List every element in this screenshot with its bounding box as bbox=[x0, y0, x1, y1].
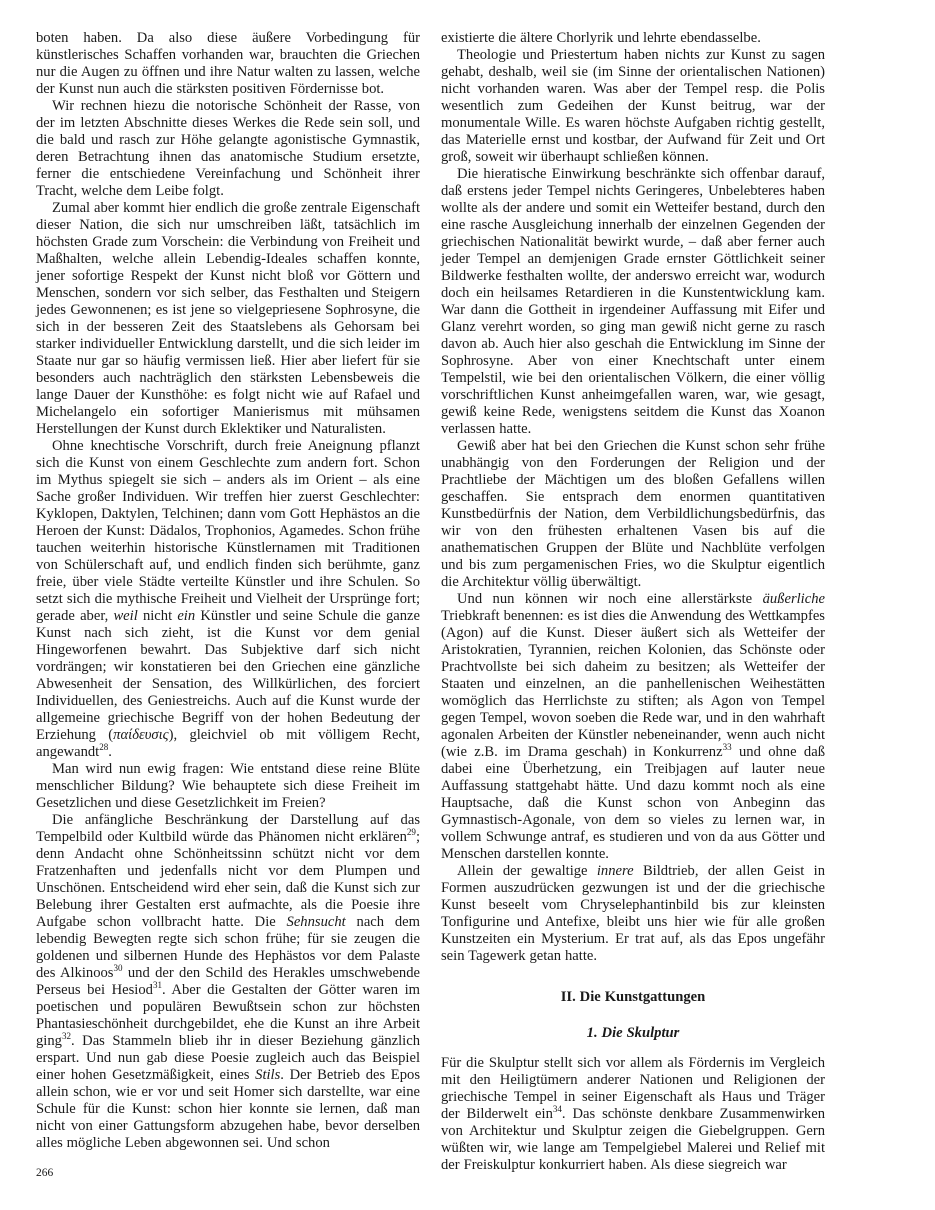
text-column-right: existierte die ältere Chorlyrik und lehr… bbox=[441, 30, 825, 1174]
footnote-reference: 34 bbox=[553, 1104, 562, 1114]
emphasized-text: Sehnsucht bbox=[287, 914, 346, 930]
paragraph: Ohne knechtische Vorschrift, durch freie… bbox=[36, 438, 420, 761]
paragraph: Gewiß aber hat bei den Griechen die Kuns… bbox=[441, 438, 825, 591]
paragraph: Allein der gewaltige innere Bildtrieb, d… bbox=[441, 863, 825, 965]
footnote-reference: 28 bbox=[99, 742, 108, 752]
paragraph: boten haben. Da also diese äußere Vorbed… bbox=[36, 30, 420, 98]
book-page: boten haben. Da also diese äußere Vorbed… bbox=[0, 0, 935, 1210]
emphasized-text: innere bbox=[597, 863, 634, 879]
subsection-heading: 1. Die Skulptur bbox=[441, 1025, 825, 1042]
text-column-left: boten haben. Da also diese äußere Vorbed… bbox=[36, 30, 420, 1152]
emphasized-text: Stils bbox=[255, 1067, 280, 1083]
page-number: 266 bbox=[36, 1166, 53, 1180]
paragraph: Die hieratische Einwirkung beschränkte s… bbox=[441, 166, 825, 438]
footnote-reference: 32 bbox=[62, 1031, 71, 1041]
paragraph: existierte die ältere Chorlyrik und lehr… bbox=[441, 30, 825, 47]
paragraph: Man wird nun ewig fragen: Wie entstand d… bbox=[36, 761, 420, 812]
paragraph: Wir rechnen hiezu die notorische Schönhe… bbox=[36, 98, 420, 200]
section-heading: II. Die Kunstgattungen bbox=[441, 989, 825, 1006]
footnote-reference: 33 bbox=[723, 742, 732, 752]
emphasized-text: παίδευσις bbox=[113, 727, 168, 743]
paragraph: Theologie und Priestertum haben nichts z… bbox=[441, 47, 825, 166]
footnote-reference: 30 bbox=[114, 963, 123, 973]
footnote-reference: 29 bbox=[407, 827, 416, 837]
emphasized-text: äußerliche bbox=[763, 591, 825, 607]
footnote-reference: 31 bbox=[153, 980, 162, 990]
paragraph: Für die Skulptur stellt sich vor allem a… bbox=[441, 1055, 825, 1174]
emphasized-text: weil bbox=[113, 608, 137, 624]
paragraph: Und nun können wir noch eine allerstärks… bbox=[441, 591, 825, 863]
emphasized-text: ein bbox=[177, 608, 195, 624]
paragraph: Die anfängliche Beschränkung der Darstel… bbox=[36, 812, 420, 1152]
paragraph: Zumal aber kommt hier endlich die große … bbox=[36, 200, 420, 438]
